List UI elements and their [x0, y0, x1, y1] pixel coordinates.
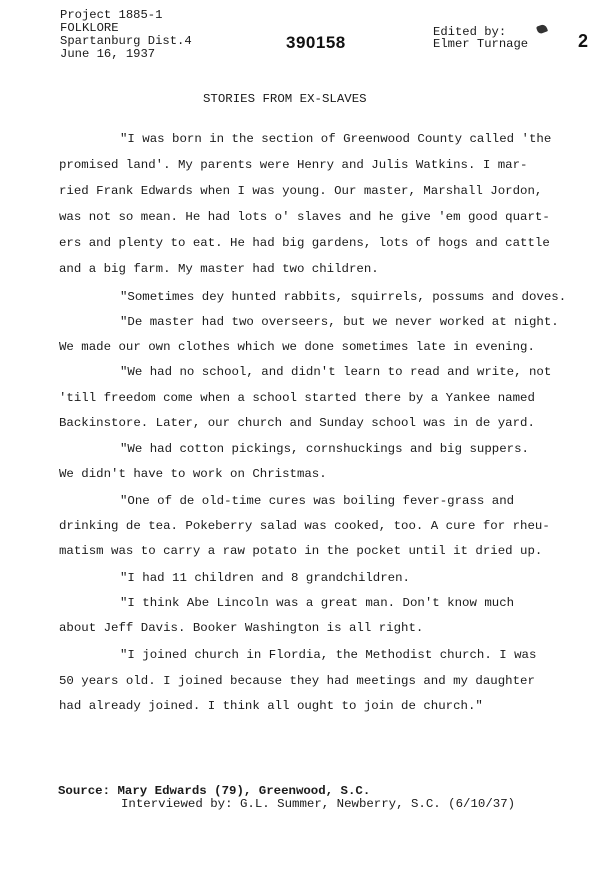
body-line: had already joined. I think all ought to…: [59, 699, 483, 713]
body-line: "I think Abe Lincoln was a great man. Do…: [120, 596, 514, 610]
body-line: We made our own clothes which we done so…: [59, 340, 535, 354]
source-line: Source: Mary Edwards (79), Greenwood, S.…: [58, 784, 370, 798]
body-line: "De master had two overseers, but we nev…: [120, 315, 559, 329]
body-line: matism was to carry a raw potato in the …: [59, 544, 542, 558]
body-line: drinking de tea. Pokeberry salad was coo…: [59, 519, 550, 533]
body-line: "We had no school, and didn't learn to r…: [120, 365, 551, 379]
body-line: "We had cotton pickings, cornshuckings a…: [120, 442, 529, 456]
body-line: promised land'. My parents were Henry an…: [59, 158, 527, 172]
interviewer-line: Interviewed by: G.L. Summer, Newberry, S…: [121, 797, 515, 811]
stamp-number: 390158: [286, 33, 346, 53]
document-title: STORIES FROM EX-SLAVES: [203, 92, 367, 106]
body-line: 'till freedom come when a school started…: [59, 391, 535, 405]
body-line: and a big farm. My master had two childr…: [59, 262, 379, 276]
body-line: 50 years old. I joined because they had …: [59, 674, 535, 688]
body-line: was not so mean. He had lots o' slaves a…: [59, 210, 550, 224]
body-line: Backinstore. Later, our church and Sunda…: [59, 416, 535, 430]
ink-mark: [536, 24, 548, 35]
body-line: ried Frank Edwards when I was young. Our…: [59, 184, 542, 198]
date-label: June 16, 1937: [60, 48, 155, 61]
editor-name: Elmer Turnage: [433, 38, 528, 51]
body-line: about Jeff Davis. Booker Washington is a…: [59, 621, 423, 635]
body-line: "Sometimes dey hunted rabbits, squirrels…: [120, 290, 566, 304]
page-number: 2: [578, 31, 588, 52]
body-line: ers and plenty to eat. He had big garden…: [59, 236, 550, 250]
body-line: "I had 11 children and 8 grandchildren.: [120, 571, 410, 585]
body-line: "One of de old-time cures was boiling fe…: [120, 494, 514, 508]
body-line: We didn't have to work on Christmas.: [59, 467, 327, 481]
body-line: "I joined church in Flordia, the Methodi…: [120, 648, 536, 662]
body-line: "I was born in the section of Greenwood …: [120, 132, 551, 146]
